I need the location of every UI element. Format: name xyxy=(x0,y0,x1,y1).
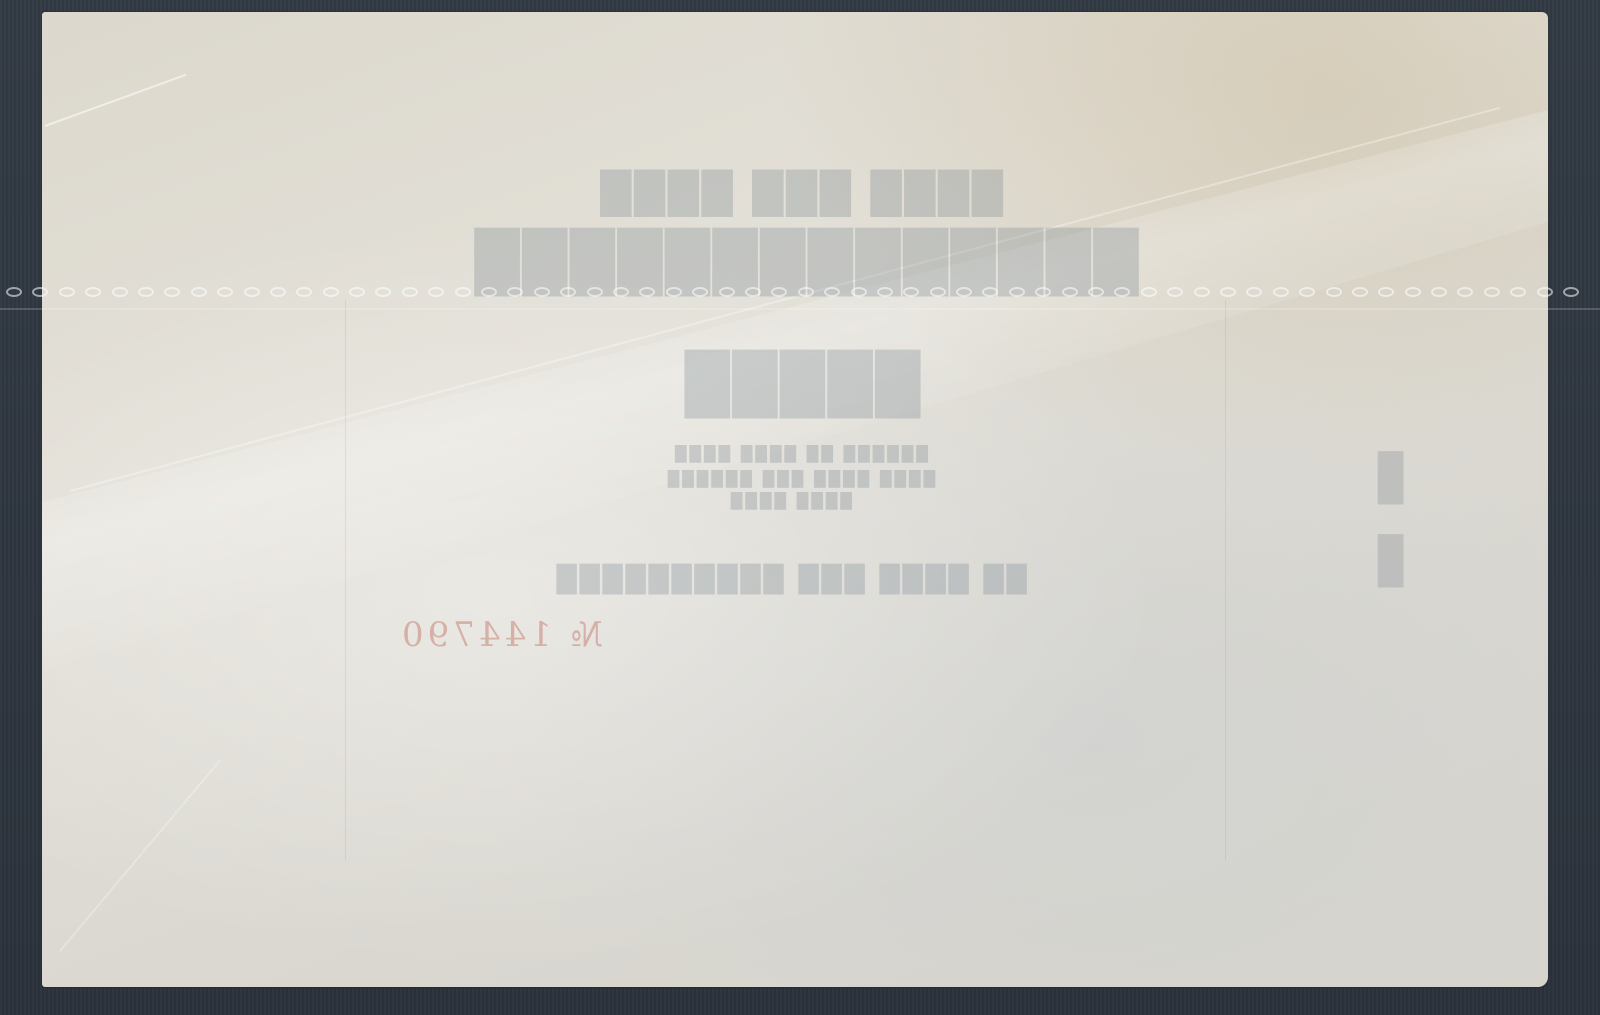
print-frame-right xyxy=(1225,300,1226,860)
perforation-dot xyxy=(1326,287,1342,297)
perforation-dot xyxy=(349,287,365,297)
perforation-dot xyxy=(851,287,867,297)
perforation-dot xyxy=(1167,287,1183,297)
ghost-text-1: ██████ ██ ████ ████ xyxy=(560,445,1040,463)
perforation-dot xyxy=(877,287,893,297)
perforation-dot xyxy=(956,287,972,297)
perforation-dot xyxy=(666,287,682,297)
serial-number: № 144790 xyxy=(398,615,603,655)
perforation-dot xyxy=(798,287,814,297)
perforation-dot xyxy=(296,287,312,297)
perforation-dot xyxy=(323,287,339,297)
perforation-dot xyxy=(1563,287,1579,297)
sleeve-seam xyxy=(0,308,1600,310)
perforation-dot xyxy=(1431,287,1447,297)
perforation-dot xyxy=(428,287,444,297)
perforation-dot xyxy=(824,287,840,297)
perforation-dot xyxy=(1114,287,1130,297)
perforation-dot xyxy=(1220,287,1236,297)
perforation-dot xyxy=(1009,287,1025,297)
perforation-dot xyxy=(745,287,761,297)
ghost-text-3: ████ ████ xyxy=(640,492,940,510)
ghost-text-4: ██ ████ ███ ██████████ xyxy=(470,565,1110,595)
ghost-text-2: ████ ████ ███ ██████ xyxy=(570,470,1030,488)
perforation-dot xyxy=(534,287,550,297)
ghost-side-numeral: ▮▮ xyxy=(1330,430,1410,880)
perforation-dot xyxy=(1484,287,1500,297)
perforation-dot xyxy=(613,287,629,297)
perforation-dot xyxy=(1299,287,1315,297)
perforation-dot xyxy=(138,287,154,297)
perforation-dot xyxy=(270,287,286,297)
perforation-dot xyxy=(587,287,603,297)
perforation-dot xyxy=(455,287,471,297)
perforation-dot xyxy=(59,287,75,297)
perforation-dot xyxy=(32,287,48,297)
perforation-dot xyxy=(930,287,946,297)
perforation-dot xyxy=(903,287,919,297)
perforation-dot xyxy=(112,287,128,297)
perforation-dot xyxy=(1246,287,1262,297)
perforation-dot xyxy=(244,287,260,297)
perforation-dot xyxy=(1537,287,1553,297)
perforation-dot xyxy=(375,287,391,297)
perforation-dot xyxy=(191,287,207,297)
perforation-dot xyxy=(481,287,497,297)
perforation-dot xyxy=(692,287,708,297)
perforation-dot xyxy=(1457,287,1473,297)
perforation-dot xyxy=(1088,287,1104,297)
perforation-dot xyxy=(1405,287,1421,297)
perforation-dot xyxy=(6,287,22,297)
perforation-dot xyxy=(164,287,180,297)
ghost-heading-3: █████ xyxy=(690,350,920,418)
ghost-heading-1: ████ ███ ████ xyxy=(520,170,1080,217)
ghost-heading-2: ██████████████ xyxy=(430,228,1180,296)
perforation-dot xyxy=(560,287,576,297)
perforation-dot xyxy=(1062,287,1078,297)
perforation-dot xyxy=(982,287,998,297)
print-frame-left xyxy=(345,300,346,860)
perforation-dot xyxy=(85,287,101,297)
perforation-dot xyxy=(1352,287,1368,297)
perforation-dot xyxy=(402,287,418,297)
perforation-dot xyxy=(1273,287,1289,297)
perforation-dot xyxy=(719,287,735,297)
perforation-dot xyxy=(771,287,787,297)
perforation-dot xyxy=(1194,287,1210,297)
perforation-dot xyxy=(217,287,233,297)
perforation-dot xyxy=(1035,287,1051,297)
perforation-dot xyxy=(1378,287,1394,297)
perforation-dot xyxy=(1141,287,1157,297)
perforation-dot xyxy=(639,287,655,297)
perforation-dot xyxy=(507,287,523,297)
sleeve-perforations xyxy=(6,287,1600,301)
perforation-dot xyxy=(1510,287,1526,297)
